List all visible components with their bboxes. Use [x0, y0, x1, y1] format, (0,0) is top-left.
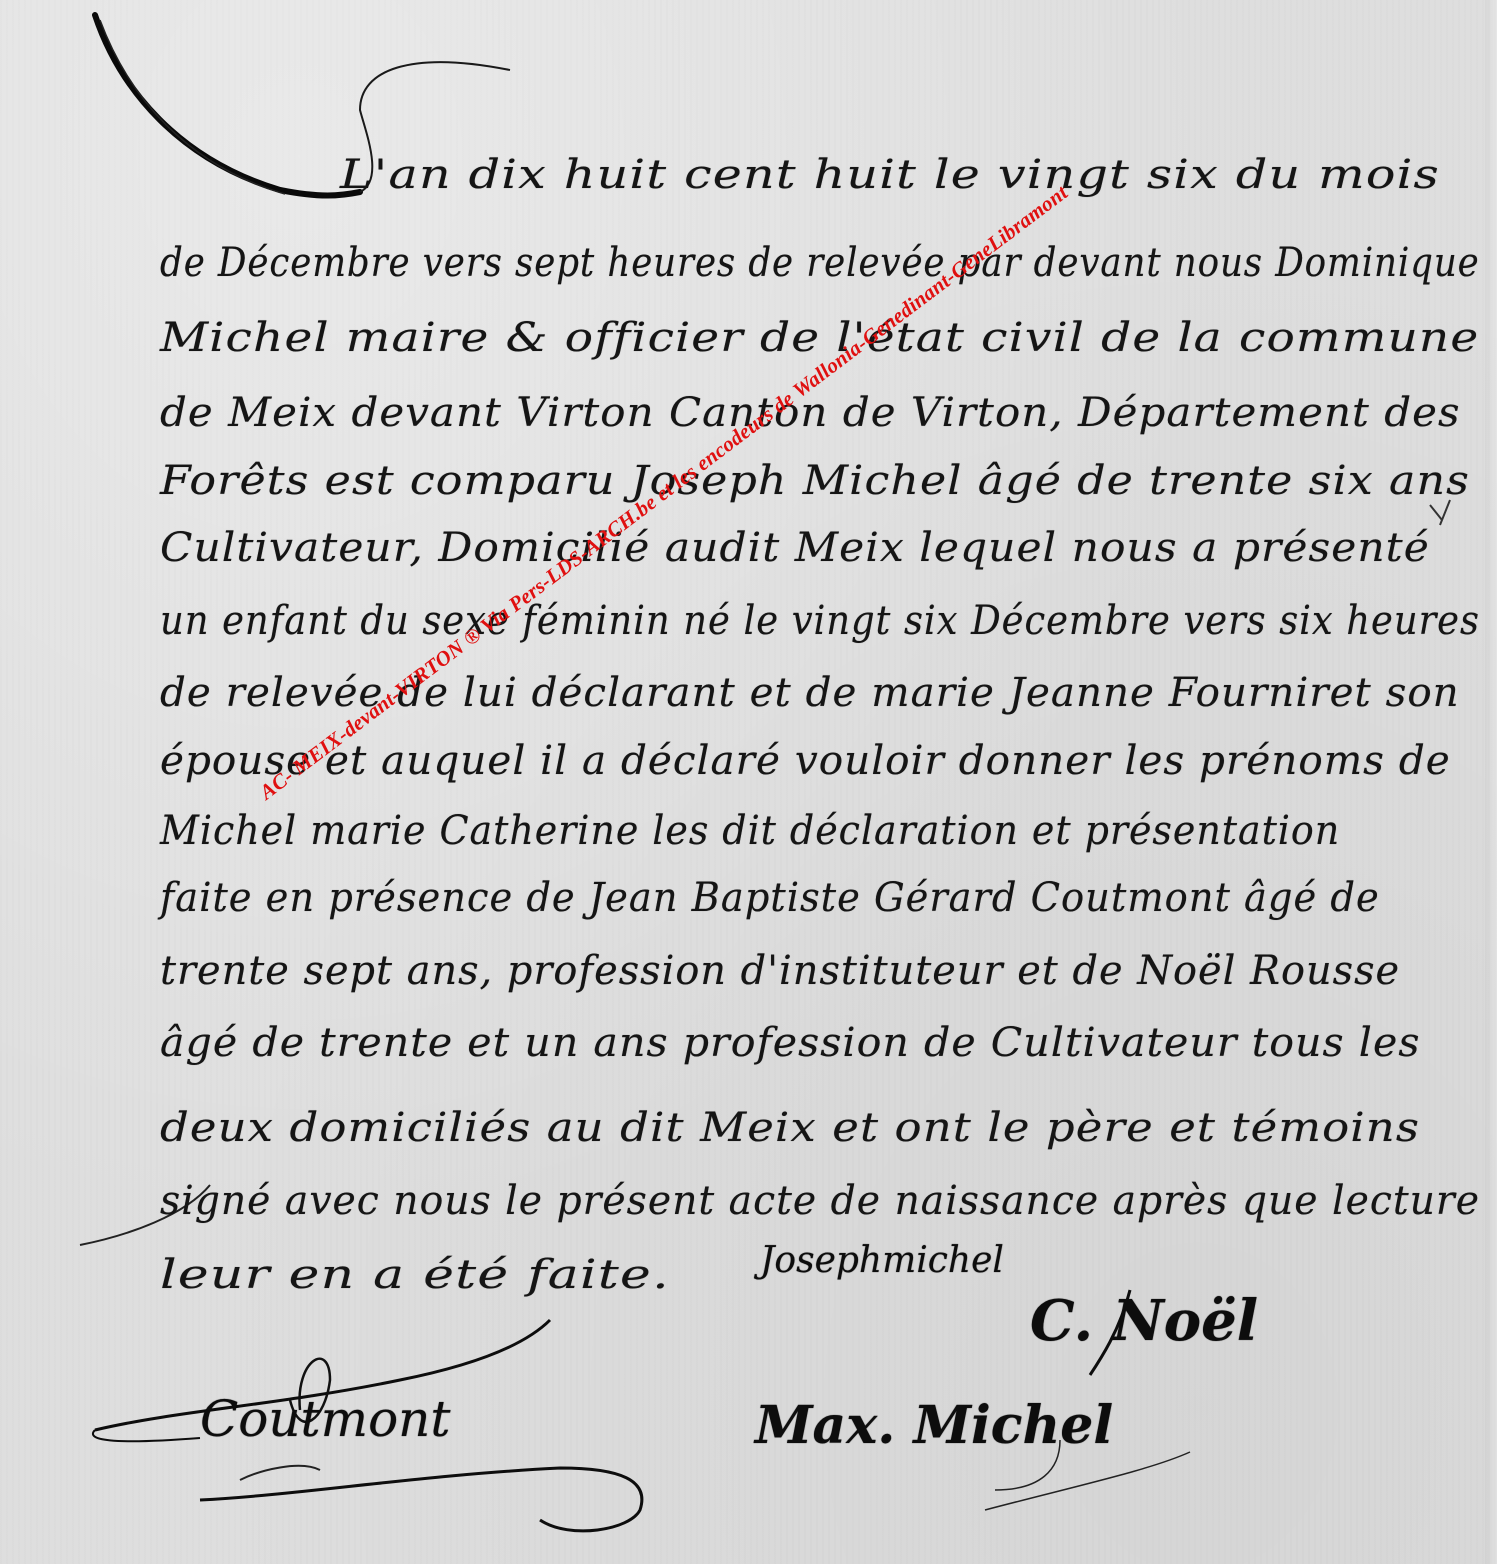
record-line-7: un enfant du sexe féminin né le vingt si… [160, 598, 1480, 644]
signature-father: Josephmichel [760, 1240, 1004, 1281]
signature-mayor: Max. Michel [755, 1395, 1113, 1456]
record-line-1: L'an dix huit cent huit le vingt six du … [340, 152, 1440, 198]
record-line-15: signé avec nous le présent acte de naiss… [160, 1178, 1480, 1224]
signature-witness-noel: C. Noël [1030, 1288, 1258, 1354]
record-line-6: Cultivateur, Domicilié audit Meix lequel… [160, 525, 1430, 571]
record-line-11: faite en présence de Jean Baptiste Gérar… [160, 875, 1380, 921]
page-edge [1485, 0, 1497, 1564]
record-line-9: épouse et auquel il a déclaré vouloir do… [160, 738, 1451, 784]
document-page: L'an dix huit cent huit le vingt six du … [0, 0, 1497, 1564]
record-line-13: âgé de trente et un ans profession de Cu… [160, 1020, 1420, 1066]
record-line-2: de Décembre vers sept heures de relevée … [160, 240, 1480, 286]
record-line-14: deux domiciliés au dit Meix et ont le pè… [160, 1105, 1420, 1151]
record-line-10: Michel marie Catherine les dit déclarati… [160, 808, 1340, 854]
record-line-16: leur en a été faite. [160, 1252, 670, 1298]
signature-witness-coutmont: Coutmont [200, 1390, 450, 1448]
record-line-3: Michel maire & officier de l'état civil … [160, 315, 1479, 361]
record-line-5: Forêts est comparu Joseph Michel âgé de … [160, 458, 1470, 504]
record-line-12: trente sept ans, profession d'instituteu… [160, 948, 1400, 994]
